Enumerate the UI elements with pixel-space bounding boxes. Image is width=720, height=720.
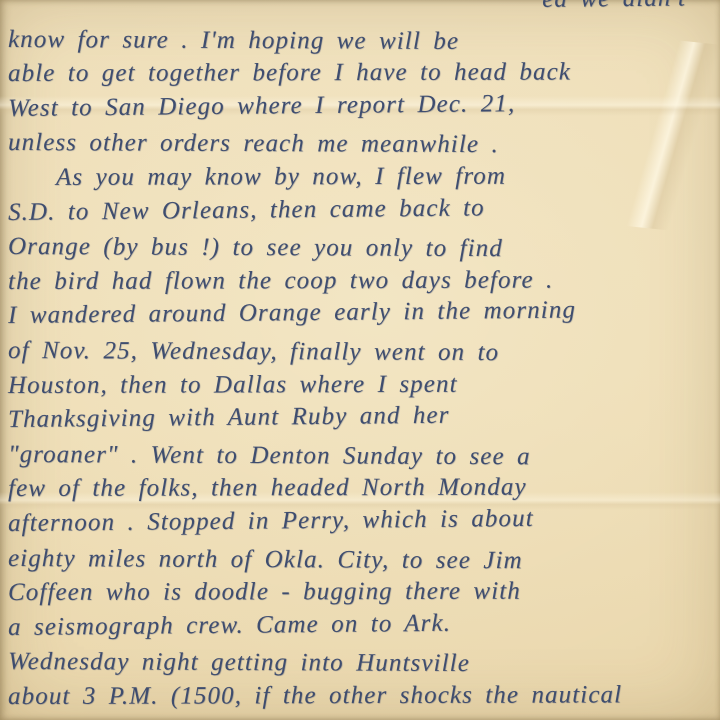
handwritten-line: Orange (by bus !) to see you only to fin… <box>8 230 716 268</box>
handwritten-line: afternoon . Stopped in Perry, which is a… <box>8 500 716 541</box>
handwritten-line: West to San Diego where I report Dec. 21… <box>8 85 716 126</box>
letter-body: ed we didn't know for sure . I'm hoping … <box>0 0 720 720</box>
handwritten-line: I wandered around Orange early in the mo… <box>8 293 716 334</box>
handwritten-line: of Nov. 25, Wednesday, finally went on t… <box>8 334 716 372</box>
letter-page: ed we didn't know for sure . I'm hoping … <box>0 0 720 720</box>
handwritten-line: about 3 P.M. (1500, if the other shocks … <box>8 678 716 714</box>
handwritten-line: Wednesday night getting into Huntsville <box>8 645 716 683</box>
handwritten-line: unless other orders reach me meanwhile . <box>8 126 716 164</box>
handwritten-line: Thanksgiving with Aunt Ruby and her <box>8 396 716 437</box>
handwritten-line: S.D. to New Orleans, then came back to <box>8 189 716 230</box>
handwritten-line-fragment: ed we didn't <box>8 0 716 23</box>
handwritten-line: a seismograph crew. Came on to Ark. <box>8 604 716 645</box>
